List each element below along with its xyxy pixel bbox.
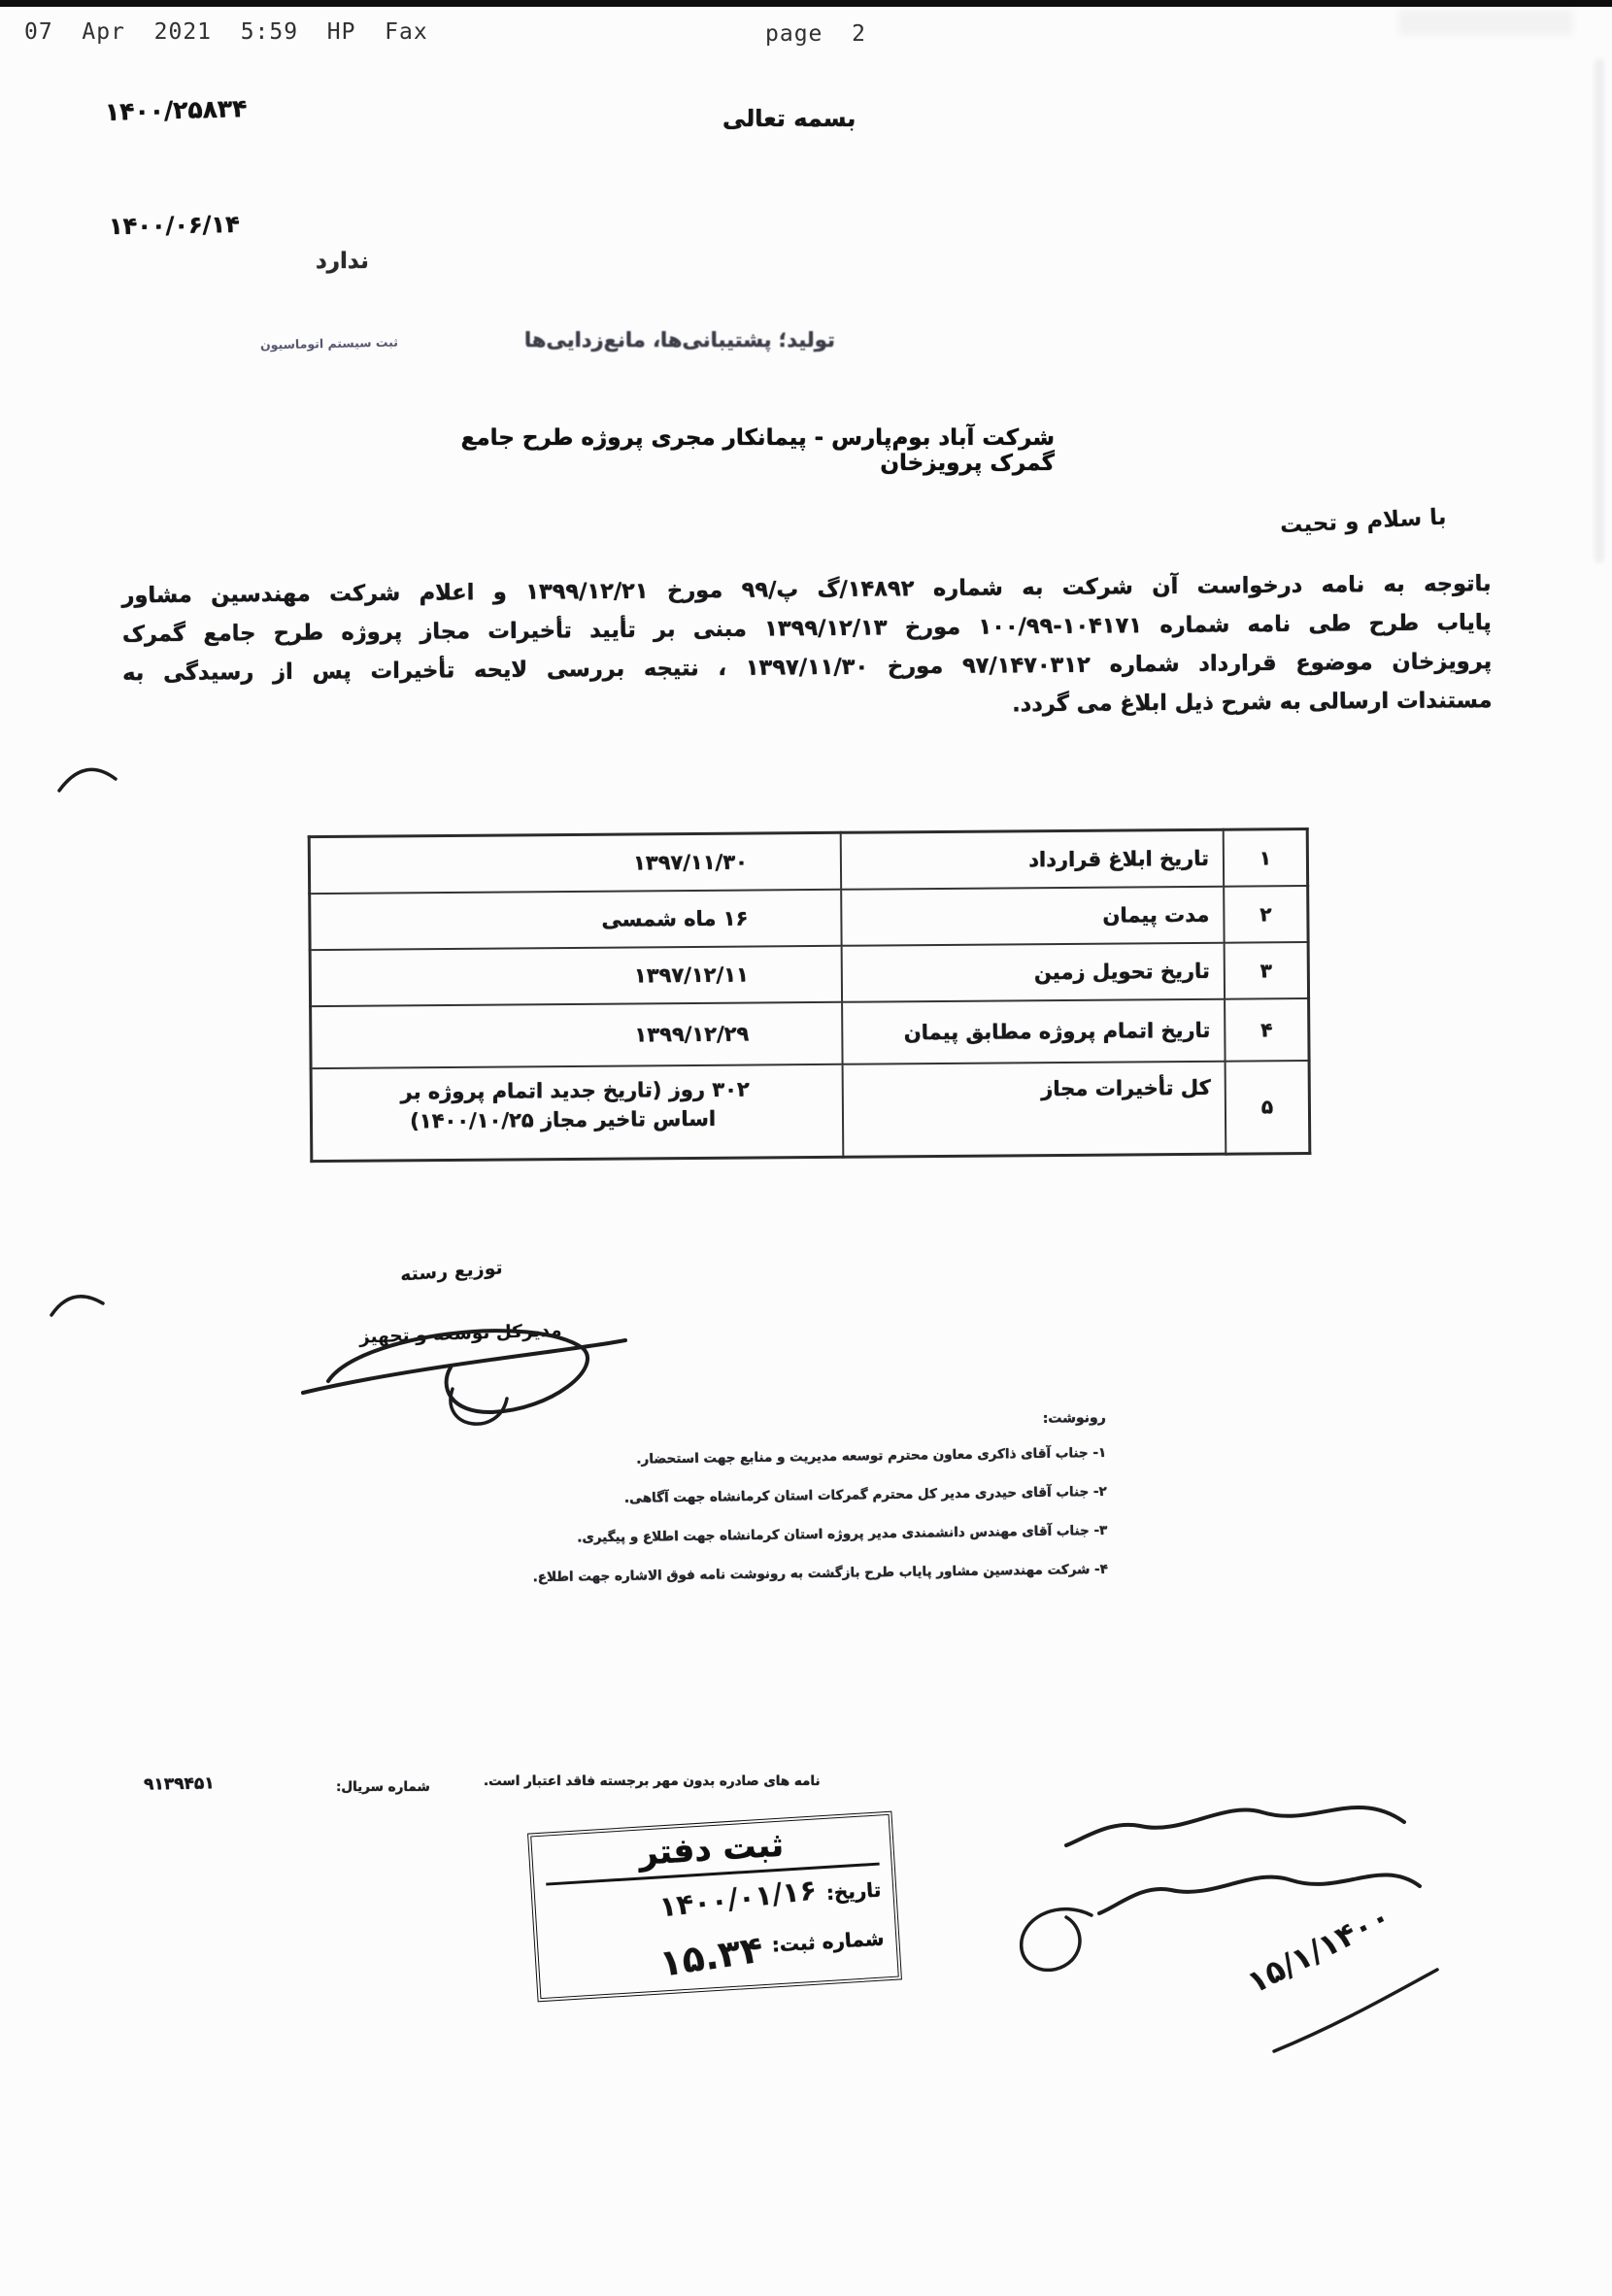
row-value-cell: ۱۳۹۷/۱۱/۳۰ bbox=[311, 850, 840, 877]
stamp-reg-value: ۱۵.۳۴ bbox=[656, 1928, 766, 1985]
table-row: ۱ تاریخ ابلاغ قرارداد ۱۳۹۷/۱۱/۳۰ bbox=[309, 829, 1307, 894]
table-row: ۳ تاریخ تحویل زمین ۱۳۹۷/۱۲/۱۱ bbox=[310, 942, 1308, 1006]
scan-top-bar bbox=[0, 0, 1612, 7]
margin-check-mark-icon bbox=[47, 1280, 111, 1329]
validity-note: نامه های صادره بدون مهر برجسته فاقد اعتب… bbox=[484, 1773, 821, 1789]
fax-timestamp: 07 Apr 2021 5:59 HP Fax bbox=[24, 19, 428, 45]
recipient-line: شرکت آباد بوم‌پارس - پیمانکار مجری پروژه… bbox=[406, 425, 1055, 476]
attachment-status: ندارد bbox=[316, 249, 369, 274]
stamp-date-label: تاریخ: bbox=[825, 1878, 882, 1905]
stamp-reg-label: شماره ثبت: bbox=[771, 1926, 885, 1956]
automation-note: ثبت سیستم اتوماسیون bbox=[260, 335, 398, 353]
stamp-date-value: ۱۴۰۰/۰۱/۱۶ bbox=[657, 1873, 819, 1923]
document-number: ۱۴۰۰/۲۵۸۳۴ bbox=[105, 94, 242, 126]
row-number-cell: ۳ bbox=[1225, 942, 1309, 999]
row-value-cell: ۱۶ ماه شمسی bbox=[311, 905, 840, 932]
delays-table: ۱ تاریخ ابلاغ قرارداد ۱۳۹۷/۱۱/۳۰ ۲ مدت پ… bbox=[308, 827, 1312, 1163]
signature-scribble bbox=[291, 1292, 641, 1447]
row-label-cell: تاریخ اتمام پروژه مطابق پیمان bbox=[842, 998, 1225, 1064]
row-number-cell: ۱ bbox=[1224, 829, 1308, 887]
serial-label: شماره سریال: bbox=[336, 1779, 430, 1795]
fax-page: 07 Apr 2021 5:59 HP Fax page 2 ۱۴۰۰/۲۵۸۳… bbox=[0, 0, 1612, 2296]
table-row: ۴ تاریخ اتمام پروژه مطابق پیمان ۱۳۹۹/۱۲/… bbox=[311, 998, 1309, 1068]
besmele-heading: بسمه تعالی bbox=[722, 105, 856, 132]
serial-number: ۹۱۳۹۴۵۱ bbox=[144, 1773, 215, 1794]
cc-block: رونوشت: ۱- جناب آقای ذاکری معاون محترم ت… bbox=[667, 1410, 1109, 1603]
body-paragraph: باتوجه به نامه درخواست آن شرکت به شماره … bbox=[121, 564, 1492, 731]
cc-item: ۲- جناب آقای حیدری مدیر کل محترم گمرکات … bbox=[668, 1480, 1108, 1525]
cc-item: ۳- جناب آقای مهندس دانشمندی مدیر پروژه ا… bbox=[668, 1519, 1108, 1564]
table-row: ۵ کل تأخیرات مجاز ۳۰۲ روز (تاریخ جدید ات… bbox=[311, 1061, 1310, 1162]
table-row: ۲ مدت پیمان ۱۶ ماه شمسی bbox=[310, 886, 1308, 950]
row-value-cell: ۱۳۹۹/۱۲/۲۹ bbox=[312, 1021, 841, 1048]
row-label-cell: مدت پیمان bbox=[841, 886, 1224, 945]
greeting-handwriting: با سلام و تحیت bbox=[1279, 505, 1447, 539]
scan-edge-streak bbox=[1595, 58, 1604, 563]
row-number-cell: ۲ bbox=[1224, 886, 1308, 943]
row-value-line: اساس تاخیر مجاز ۱۴۰۰/۱۰/۲۵) bbox=[313, 1105, 842, 1132]
row-number-cell: ۴ bbox=[1225, 998, 1309, 1062]
row-label-cell: کل تأخیرات مجاز bbox=[843, 1061, 1226, 1157]
scan-corner-smudge bbox=[1398, 10, 1573, 35]
row-label-cell: تاریخ تحویل زمین bbox=[842, 942, 1225, 1001]
row-label-cell: تاریخ ابلاغ قرارداد bbox=[841, 829, 1224, 889]
distribution-note-handwriting: توزیع رسته bbox=[399, 1257, 503, 1285]
registration-stamp: ثبت دفتر تاریخ: ۱۴۰۰/۰۱/۱۶ شماره ثبت: ۱۵… bbox=[527, 1811, 902, 2003]
row-number-cell: ۵ bbox=[1226, 1061, 1310, 1155]
row-value-line: ۳۰۲ روز (تاریخ جدید اتمام پروژه بر bbox=[313, 1076, 842, 1103]
cc-heading: رونوشت: bbox=[667, 1410, 1106, 1432]
row-value-cell: ۱۳۹۷/۱۲/۱۱ bbox=[312, 962, 841, 989]
cc-item: ۴- شرکت مهندسین مشاور پایاب طرح بازگشت ب… bbox=[669, 1558, 1109, 1603]
cc-item: ۱- جناب آقای ذاکری معاون محترم توسعه مدی… bbox=[667, 1441, 1107, 1486]
margin-check-mark-icon bbox=[53, 750, 123, 804]
fax-page-number: page 2 bbox=[765, 21, 866, 47]
national-slogan: تولید؛ پشتیبانی‌ها، مانع‌زدایی‌ها bbox=[524, 328, 835, 352]
document-date: ۱۴۰۰/۰۶/۱۴ bbox=[109, 211, 240, 240]
